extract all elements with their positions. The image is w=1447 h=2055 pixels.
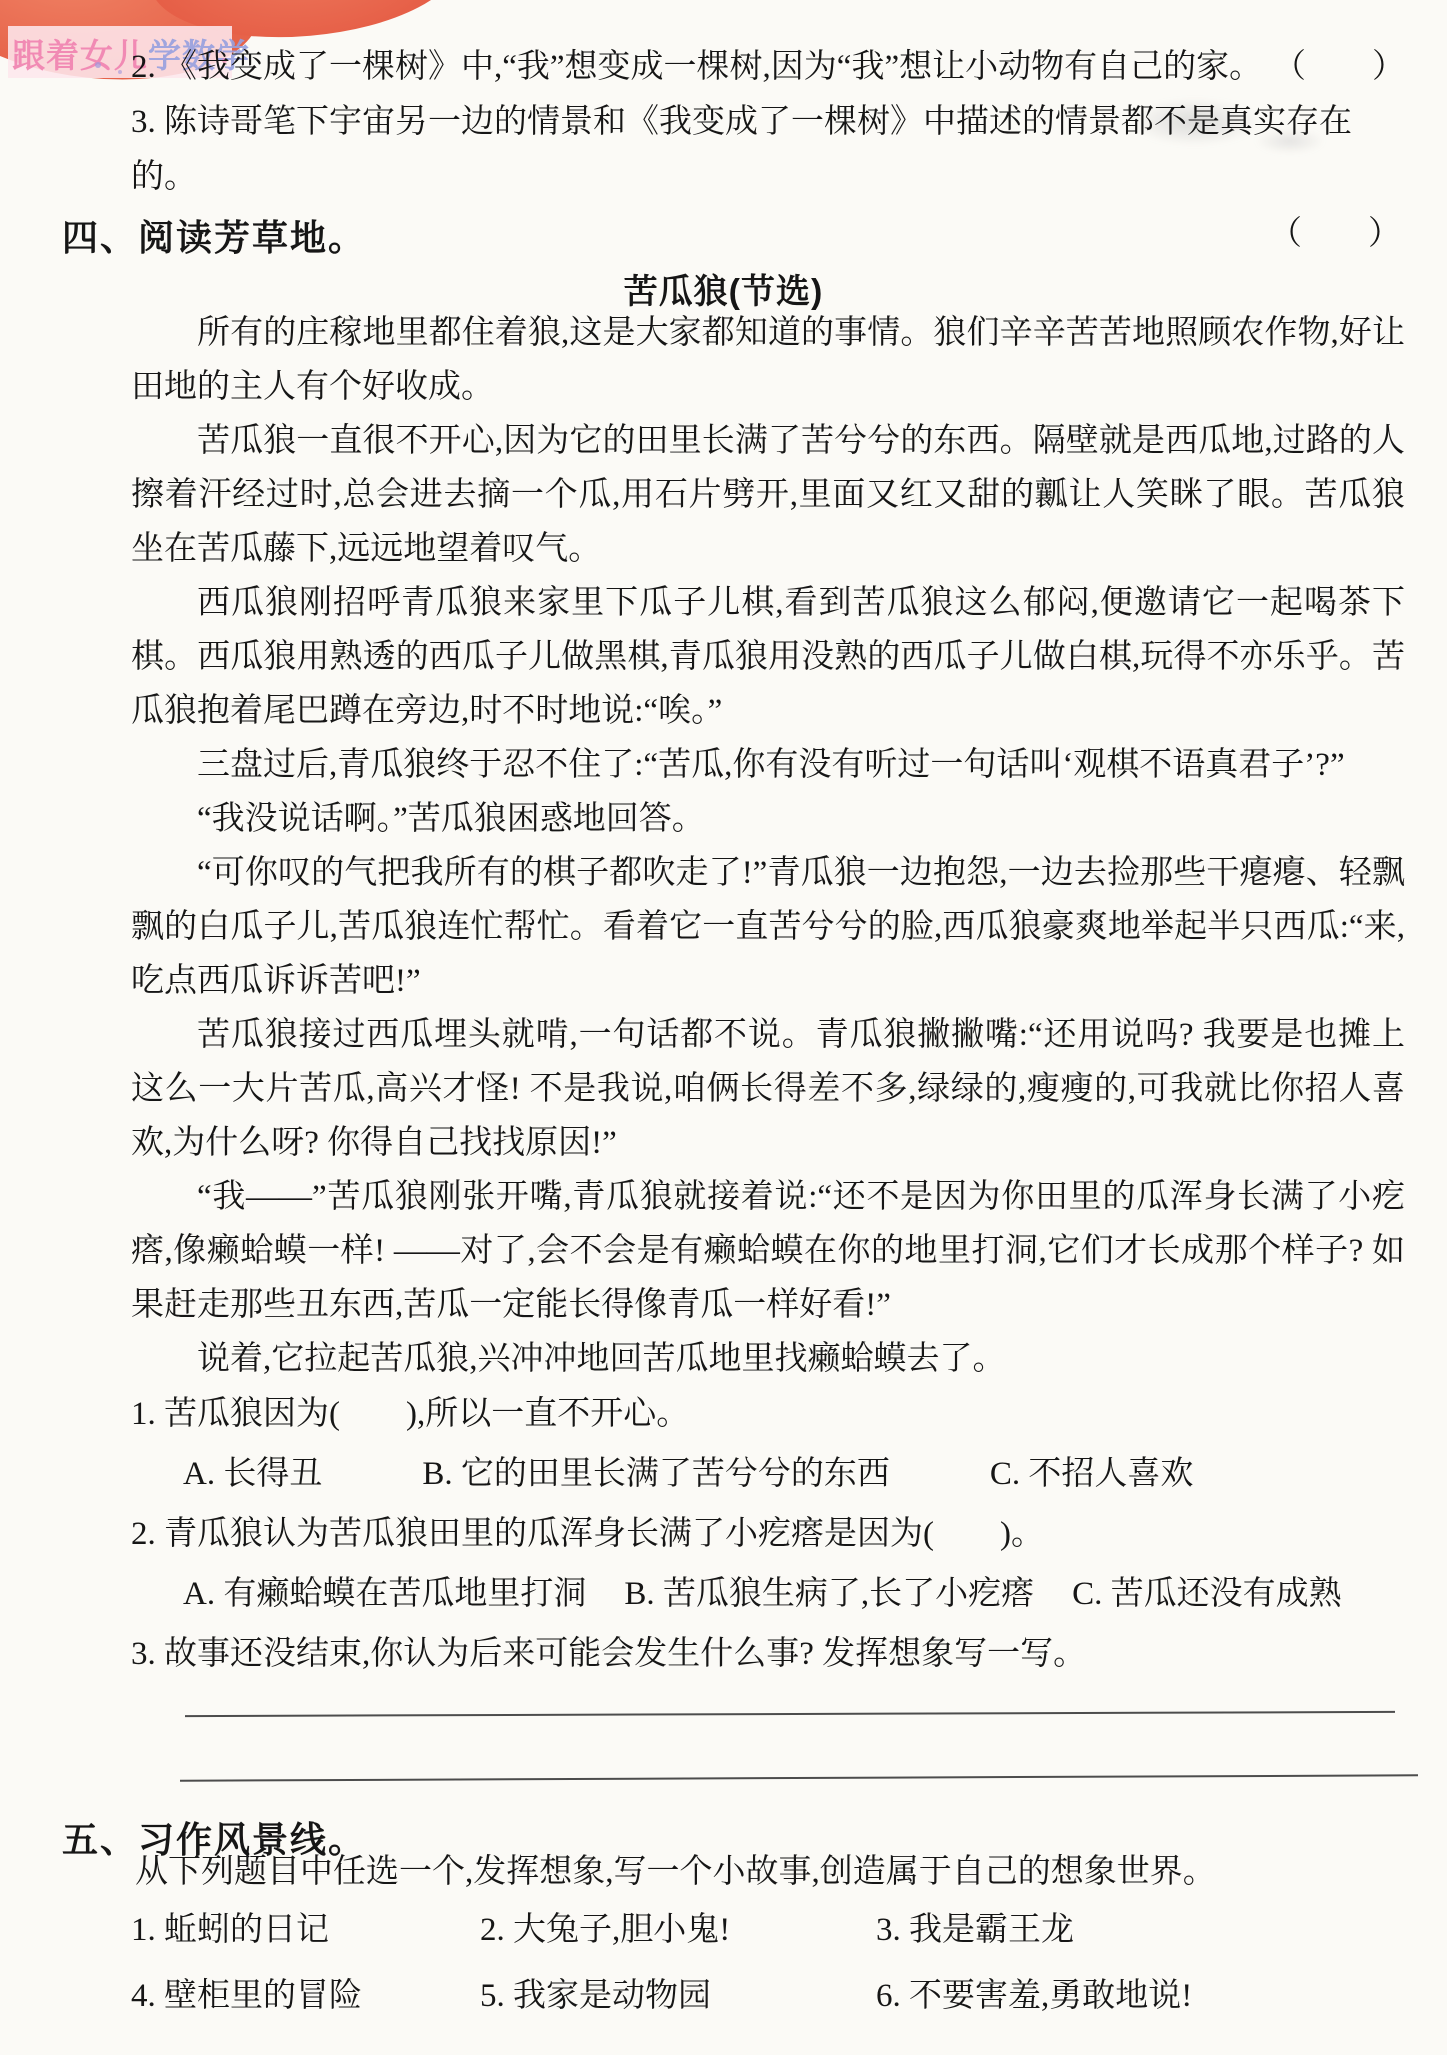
story-paragraph: 所有的庄稼地里都住着狼,这是大家都知道的事情。狼们辛辛苦苦地照顾农作物,好让田地… bbox=[131, 306, 1405, 414]
item-2-answer-bracket: （ ） bbox=[1273, 40, 1405, 95]
option-a: A. 有癞蛤蟆在苦瓜地里打洞 bbox=[183, 1564, 586, 1624]
answer-line bbox=[180, 1774, 1418, 1781]
option-b: B. 它的田里长满了苦兮兮的东西 bbox=[422, 1444, 890, 1504]
item-3-text: 3. 陈诗哥笔下宇宙另一边的情景和《我变成了一棵树》中描述的情景都不是真实存在的… bbox=[131, 104, 1352, 195]
writing-intro: 从下列题目中任选一个,发挥想象,写一个小故事,创造属于自己的想象世界。 bbox=[135, 1850, 1405, 1894]
topic-item: 6. 不要害羞,勇敢地说! bbox=[876, 1972, 1192, 2038]
topic-item: 2. 大兔子,胆小鬼! bbox=[480, 1906, 876, 1972]
option-a: A. 长得丑 bbox=[183, 1444, 322, 1504]
story-paragraph: “我没说话啊。”苦瓜狼困惑地回答。 bbox=[131, 792, 1405, 846]
section-4-heading: 四、阅读芳草地。 bbox=[62, 210, 366, 261]
true-false-item-3: 3. 陈诗哥笔下宇宙另一边的情景和《我变成了一棵树》中描述的情景都不是真实存在的… bbox=[131, 95, 1405, 205]
topic-item: 1. 蚯蚓的日记 bbox=[131, 1906, 480, 1972]
story-body: 所有的庄稼地里都住着狼,这是大家都知道的事情。狼们辛辛苦苦地照顾农作物,好让田地… bbox=[131, 306, 1405, 1386]
topic-item: 3. 我是霸王龙 bbox=[876, 1906, 1192, 1972]
watermark-text-pink: 跟着女儿 bbox=[12, 37, 148, 74]
question-1-options: A. 长得丑 B. 它的田里长满了苦兮兮的东西 C. 不招人喜欢 bbox=[131, 1444, 1405, 1504]
question-2-options: A. 有癞蛤蟆在苦瓜地里打洞 B. 苦瓜狼生病了,长了小疙瘩 C. 苦瓜还没有成… bbox=[131, 1564, 1405, 1624]
story-paragraph: “我——”苦瓜狼刚张开嘴,青瓜狼就接着说:“还不是因为你田里的瓜浑身长满了小疙瘩… bbox=[131, 1170, 1405, 1332]
reading-questions: 1. 苦瓜狼因为( ),所以一直不开心。 A. 长得丑 B. 它的田里长满了苦兮… bbox=[131, 1384, 1405, 1684]
story-paragraph: 说着,它拉起苦瓜狼,兴冲冲地回苦瓜地里找癞蛤蟆去了。 bbox=[131, 1332, 1405, 1386]
option-b: B. 苦瓜狼生病了,长了小疙瘩 bbox=[624, 1564, 1034, 1624]
story-paragraph: 苦瓜狼一直很不开心,因为它的田里长满了苦兮兮的东西。隔壁就是西瓜地,过路的人擦着… bbox=[131, 414, 1405, 576]
story-paragraph: 西瓜狼刚招呼青瓜狼来家里下瓜子儿棋,看到苦瓜狼这么郁闷,便邀请它一起喝茶下棋。西… bbox=[131, 576, 1405, 738]
story-paragraph: “可你叹的气把我所有的棋子都吹走了!”青瓜狼一边抱怨,一边去捡那些干瘪瘪、轻飘飘… bbox=[131, 846, 1405, 1008]
story-paragraph: 苦瓜狼接过西瓜埋头就啃,一句话都不说。青瓜狼撇撇嘴:“还用说吗? 我要是也摊上这… bbox=[131, 1008, 1405, 1170]
story-paragraph: 三盘过后,青瓜狼终于忍不住了:“苦瓜,你有没有听过一句话叫‘观棋不语真君子’?” bbox=[131, 738, 1405, 792]
sparkle-dot bbox=[95, 62, 101, 68]
topic-item: 4. 壁柜里的冒险 bbox=[131, 1972, 480, 2038]
question-2: 2. 青瓜狼认为苦瓜狼田里的瓜浑身长满了小疙瘩是因为( )。 bbox=[131, 1504, 1405, 1564]
writing-topics: 1. 蚯蚓的日记 2. 大兔子,胆小鬼! 3. 我是霸王龙 4. 壁柜里的冒险 … bbox=[131, 1906, 1192, 2038]
topic-item: 5. 我家是动物园 bbox=[480, 1972, 876, 2038]
sparkle-dot bbox=[118, 70, 122, 74]
true-false-item-2: 2. 《我变成了一棵树》中,“我”想变成一棵树,因为“我”想让小动物有自己的家。… bbox=[131, 40, 1405, 95]
question-3: 3. 故事还没结束,你认为后来可能会发生什么事? 发挥想象写一写。 bbox=[131, 1624, 1405, 1684]
question-1: 1. 苦瓜狼因为( ),所以一直不开心。 bbox=[131, 1384, 1405, 1444]
option-c: C. 苦瓜还没有成熟 bbox=[1072, 1564, 1342, 1624]
worksheet-page: 跟着女儿学数学 2. 《我变成了一棵树》中,“我”想变成一棵树,因为“我”想让小… bbox=[0, 0, 1447, 2055]
item-2-text: 2. 《我变成了一棵树》中,“我”想变成一棵树,因为“我”想让小动物有自己的家。 bbox=[131, 40, 1262, 95]
answer-line bbox=[185, 1711, 1395, 1717]
option-c: C. 不招人喜欢 bbox=[990, 1444, 1194, 1504]
